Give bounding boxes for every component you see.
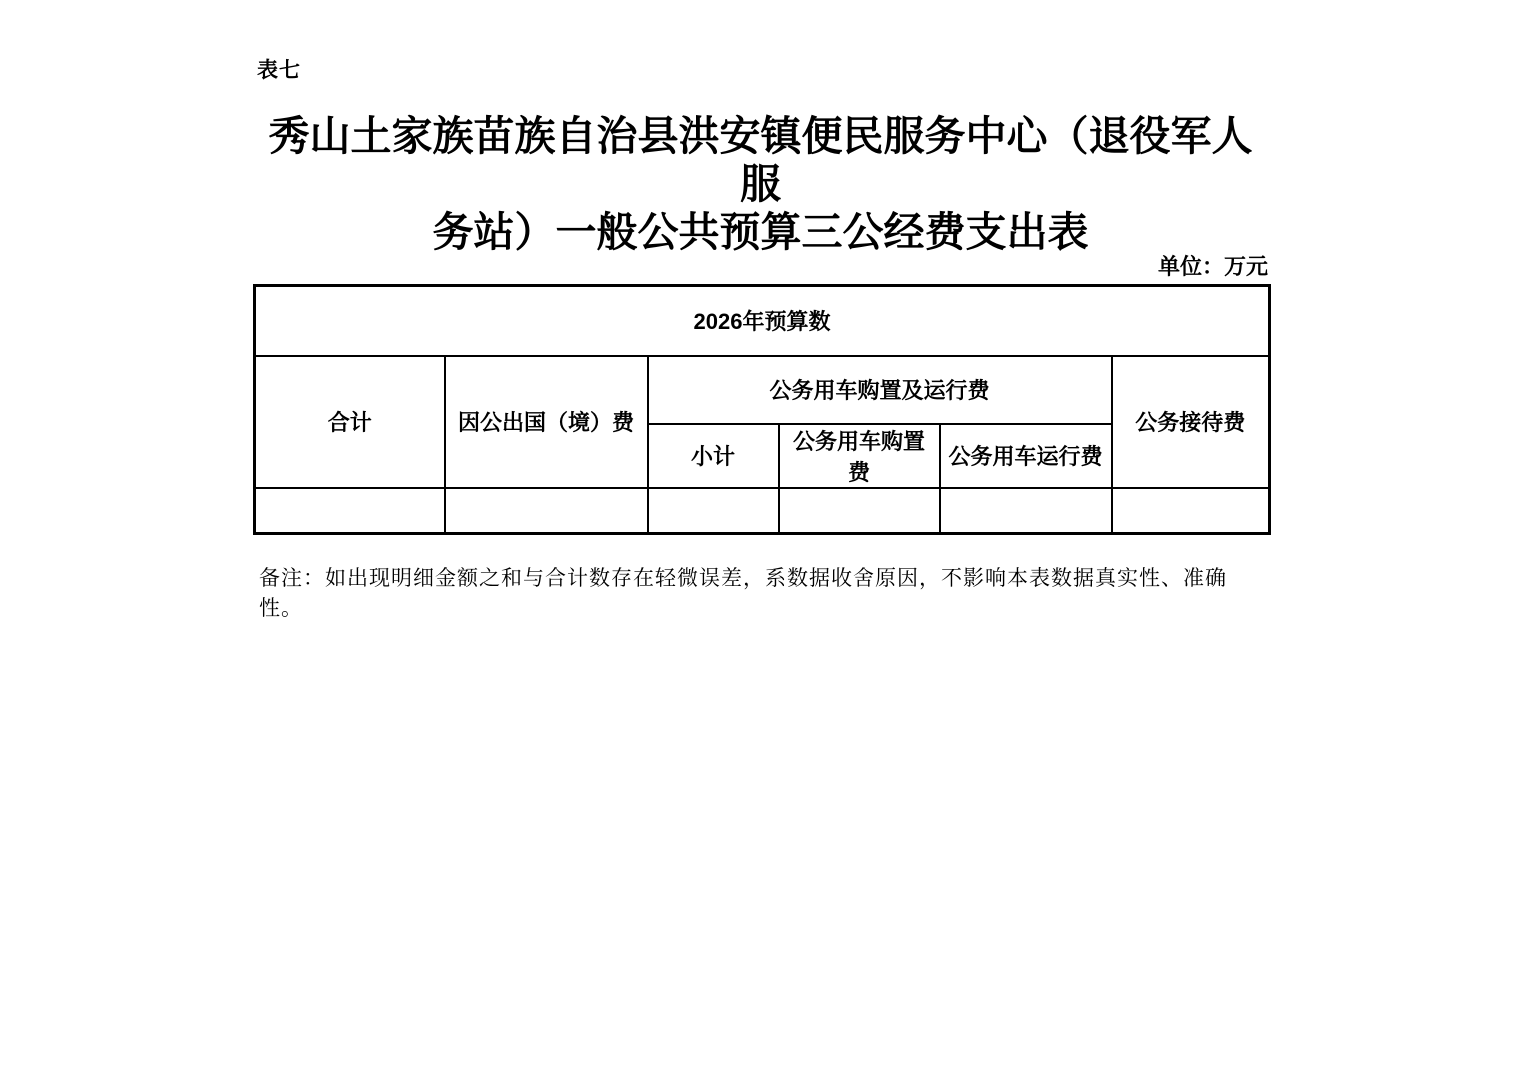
header-abroad-fee: 因公出国（境）费 (445, 356, 648, 488)
header-vehicle-operation: 公务用车运行费 (940, 424, 1112, 488)
header-reception-fee: 公务接待费 (1112, 356, 1270, 488)
cell-reception-fee (1112, 488, 1270, 534)
table-row-year-header: 2026年预算数 (255, 286, 1270, 356)
cell-vehicle-subtotal (648, 488, 779, 534)
unit-label: 单位：万元 (253, 250, 1268, 281)
sheet-label: 表七 (257, 54, 301, 84)
cell-vehicle-operation (940, 488, 1112, 534)
year-header-cell: 2026年预算数 (255, 286, 1270, 356)
document-page: 表七 秀山土家族苗族自治县洪安镇便民服务中心（退役军人服 务站）一般公共预算三公… (0, 0, 1520, 1074)
table-row-data (255, 488, 1270, 534)
header-total: 合计 (255, 356, 445, 488)
page-title-line2: 务站）一般公共预算三公经费支出表 (433, 208, 1089, 256)
cell-vehicle-purchase (779, 488, 940, 534)
page-title-line1: 秀山土家族苗族自治县洪安镇便民服务中心（退役军人服 (269, 112, 1253, 208)
cell-total (255, 488, 445, 534)
three-public-expense-table: 2026年预算数 合计 因公出国（境）费 公务用车购置及运行费 公务接待费 小计… (253, 284, 1271, 535)
page-title: 秀山土家族苗族自治县洪安镇便民服务中心（退役军人服 务站）一般公共预算三公经费支… (253, 112, 1268, 256)
header-vehicle-purchase: 公务用车购置费 (779, 424, 940, 488)
header-vehicle-group: 公务用车购置及运行费 (648, 356, 1112, 424)
table-row-group-header: 合计 因公出国（境）费 公务用车购置及运行费 公务接待费 (255, 356, 1270, 424)
footnote: 备注：如出现明细金额之和与合计数存在轻微误差，系数据收舍原因，不影响本表数据真实… (259, 562, 1269, 622)
header-vehicle-subtotal: 小计 (648, 424, 779, 488)
cell-abroad-fee (445, 488, 648, 534)
